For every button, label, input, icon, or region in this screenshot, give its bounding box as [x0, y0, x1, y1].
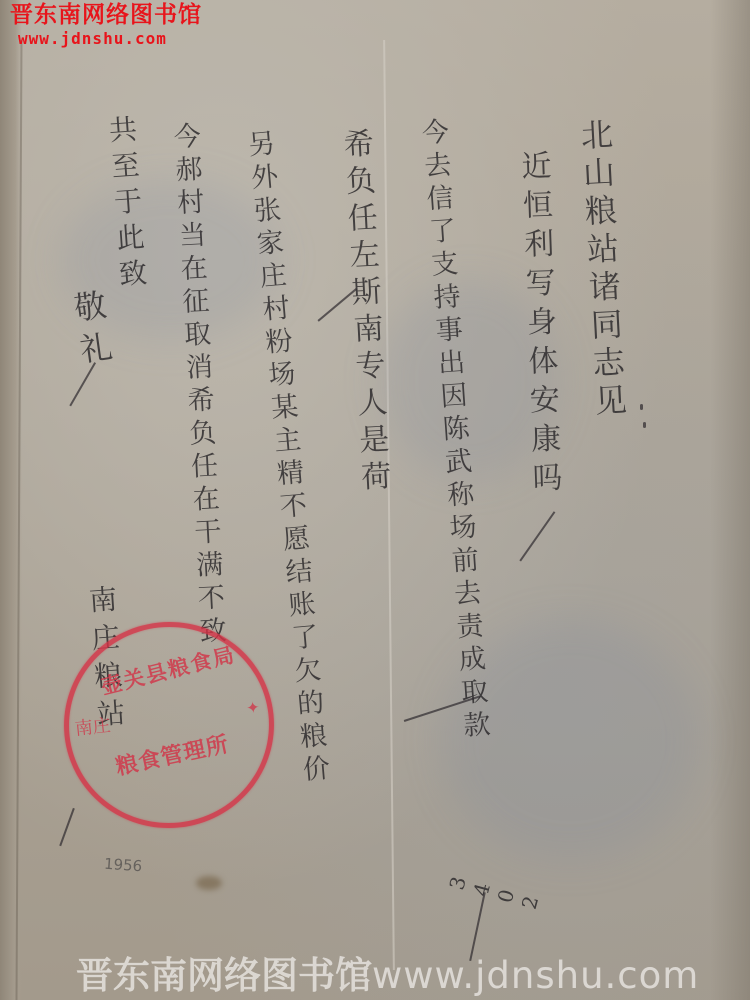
bottom-watermark-title: 晋东南网络图书馆 [76, 954, 372, 997]
bottom-watermark-url: www.jdnshu.com [372, 954, 699, 997]
seal-side-text: 南庄 [73, 711, 115, 741]
pen-stroke [519, 511, 555, 561]
seal-star-icon: ✦ [219, 697, 261, 720]
top-watermark-title: 晋东南网络图书馆 [10, 0, 202, 30]
punctuation-mark [643, 422, 646, 428]
seal-top-text: 壶关县粮食局 [92, 637, 245, 702]
pen-stroke [59, 808, 74, 846]
year-annotation: 1956 [103, 855, 142, 876]
top-watermark: 晋东南网络图书馆 www.jdnshu.com [10, 0, 202, 48]
paper-fold-line [383, 40, 395, 970]
paper-right-shadow [710, 0, 750, 1000]
paper-stain [196, 876, 222, 890]
top-watermark-url: www.jdnshu.com [10, 30, 202, 48]
punctuation-mark [640, 404, 643, 410]
document-photo: 北山粮站诸同志见 近恒利写身体安康吗 今去信了支持事出因陈武称场前去责成取款 希… [0, 0, 750, 1000]
handwritten-column-1: 北山粮站诸同志见 [574, 117, 630, 423]
bottom-watermark: 晋东南网络图书馆www.jdnshu.com [76, 952, 699, 1000]
handwritten-number: 3402 [441, 861, 548, 926]
